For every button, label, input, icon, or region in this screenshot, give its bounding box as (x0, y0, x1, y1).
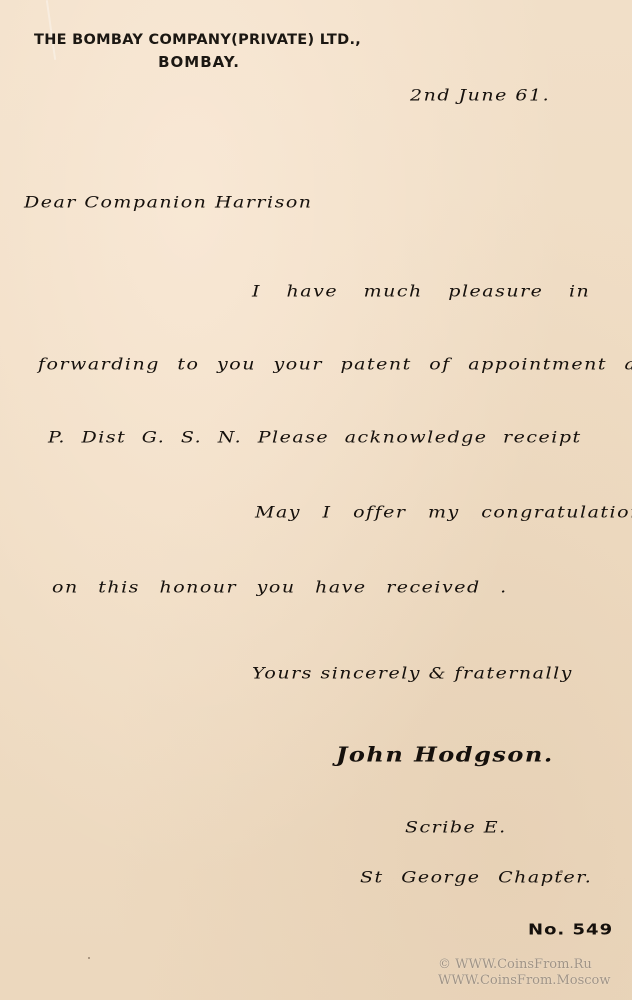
signer-chapter: St George Chapter. (360, 868, 592, 887)
body-line-2: forwarding to you your patent of appoint… (38, 355, 632, 374)
paper-speck (88, 957, 90, 959)
body-line-3: P. Dist G. S. N. Please acknowledge rece… (48, 428, 582, 447)
body-line-4: May I offer my congratulations (255, 503, 632, 522)
document-number: No. 549 (528, 921, 613, 939)
body-line-1: I have much pleasure in (252, 282, 590, 301)
watermark-line-2: WWW.CoinsFrom.Moscow (438, 973, 611, 989)
ink-blot (560, 870, 563, 873)
letter-date: 2nd June 61. (410, 86, 550, 105)
letterhead-city: BOMBAY. (34, 53, 364, 71)
letter-page: THE BOMBAY COMPANY(PRIVATE) LTD., BOMBAY… (0, 0, 632, 1000)
letter-salutation: Dear Companion Harrison (24, 193, 313, 212)
letterhead: THE BOMBAY COMPANY(PRIVATE) LTD., BOMBAY… (34, 32, 364, 71)
letter-closing: Yours sincerely & fraternally (252, 664, 573, 683)
body-line-5: on this honour you have received . (52, 578, 508, 597)
watermark: © WWW.CoinsFrom.Ru WWW.CoinsFrom.Moscow (438, 957, 611, 989)
signer-title: Scribe E. (405, 818, 507, 837)
letter-signature: John Hodgson. (336, 742, 554, 767)
letterhead-company: THE BOMBAY COMPANY(PRIVATE) LTD., (34, 32, 364, 48)
watermark-line-1: © WWW.CoinsFrom.Ru (438, 957, 611, 973)
